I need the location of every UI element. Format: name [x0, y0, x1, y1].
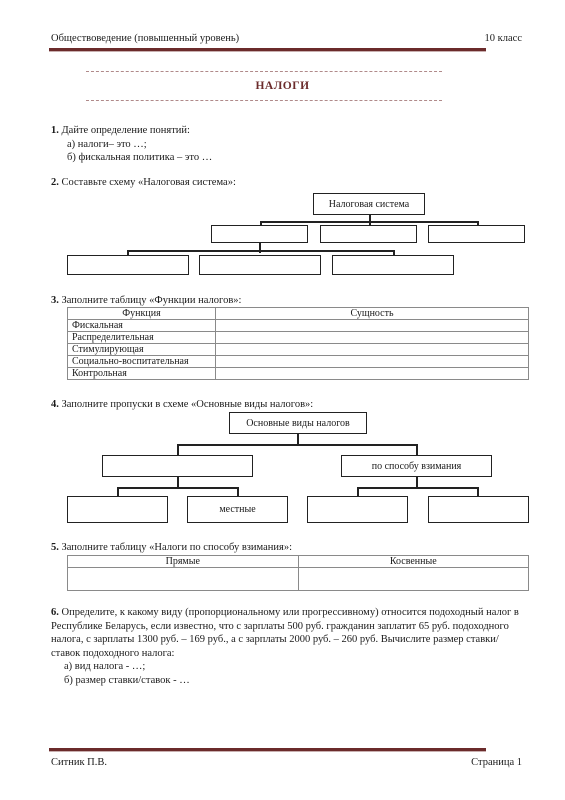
connector: [117, 487, 238, 489]
question-2-number: 2.: [51, 177, 59, 188]
function-name: Распределительная: [68, 332, 216, 344]
connector: [127, 250, 394, 252]
title-rule-bottom: [86, 100, 442, 101]
question-1-item-a: а) налоги– это …;: [67, 138, 147, 152]
table-row: Контрольная: [68, 368, 529, 380]
connector: [357, 487, 478, 489]
question-4-text: Заполните пропуски в схеме «Основные вид…: [59, 399, 313, 410]
question-1-number: 1.: [51, 125, 59, 136]
question-6-number: 6.: [51, 607, 59, 618]
table-header-row: Функция Сущность: [68, 308, 529, 320]
diagram-level1-box-1[interactable]: [211, 225, 308, 243]
column-header-direct: Прямые: [68, 556, 299, 568]
table-row: Распределительная: [68, 332, 529, 344]
table-row: [68, 568, 529, 591]
diagram-root-box: Основные виды налогов: [229, 412, 367, 434]
question-5-number: 5.: [51, 542, 59, 553]
direct-cell[interactable]: [68, 568, 299, 591]
table-row: Социально-воспитательная: [68, 356, 529, 368]
footer-divider: [49, 748, 486, 752]
indirect-cell[interactable]: [298, 568, 529, 591]
question-3: 3. Заполните таблицу «Функции налогов»:: [51, 294, 241, 308]
footer-page-number: Страница 1: [471, 757, 522, 768]
essence-cell[interactable]: [216, 344, 529, 356]
column-header-function: Функция: [68, 308, 216, 320]
table-header-row: Прямые Косвенные: [68, 556, 529, 568]
question-6-text: Определите, к какому виду (пропорциональ…: [51, 607, 519, 659]
essence-cell[interactable]: [216, 332, 529, 344]
diagram-left-branch-box[interactable]: [102, 455, 253, 477]
diagram-right-leaf-1[interactable]: [307, 496, 408, 523]
table-row: Фискальная: [68, 320, 529, 332]
column-header-essence: Сущность: [216, 308, 529, 320]
title-rule-top: [86, 71, 442, 72]
diagram-right-branch-box: по способу взимания: [341, 455, 492, 477]
question-2: 2. Составьте схему «Налоговая система»:: [51, 176, 236, 190]
question-2-text: Составьте схему «Налоговая система»:: [59, 177, 236, 188]
diagram-left-leaf-2: местные: [187, 496, 288, 523]
question-3-text: Заполните таблицу «Функции налогов»:: [59, 295, 242, 306]
function-name: Фискальная: [68, 320, 216, 332]
function-name: Социально-воспитательная: [68, 356, 216, 368]
question-5-text: Заполните таблицу «Налоги по способу взи…: [59, 542, 292, 553]
footer-author: Ситник П.В.: [51, 757, 107, 768]
diagram-level1-box-3[interactable]: [428, 225, 525, 243]
column-header-indirect: Косвенные: [298, 556, 529, 568]
tax-functions-table: Функция Сущность Фискальная Распределите…: [67, 307, 529, 380]
essence-cell[interactable]: [216, 356, 529, 368]
header-subject: Обществоведение (повышенный уровень): [51, 33, 239, 44]
connector: [177, 444, 417, 446]
diagram-level2-box-2[interactable]: [199, 255, 321, 275]
header-divider: [49, 48, 486, 52]
page-title: НАЛОГИ: [0, 80, 565, 92]
question-6: 6. Определите, к какому виду (пропорцион…: [51, 606, 521, 687]
function-name: Стимулирующая: [68, 344, 216, 356]
question-4-number: 4.: [51, 399, 59, 410]
question-5: 5. Заполните таблицу «Налоги по способу …: [51, 541, 292, 555]
collection-method-table: Прямые Косвенные: [67, 555, 529, 591]
table-row: Стимулирующая: [68, 344, 529, 356]
diagram-root-box: Налоговая система: [313, 193, 425, 215]
essence-cell[interactable]: [216, 320, 529, 332]
question-4: 4. Заполните пропуски в схеме «Основные …: [51, 398, 313, 412]
diagram-level2-box-1[interactable]: [67, 255, 189, 275]
diagram-level2-box-3[interactable]: [332, 255, 454, 275]
connector: [259, 243, 261, 253]
question-6-item-a: а) вид налога - …;: [51, 660, 521, 674]
diagram-left-leaf-1[interactable]: [67, 496, 168, 523]
header-grade: 10 класс: [485, 33, 522, 44]
function-name: Контрольная: [68, 368, 216, 380]
essence-cell[interactable]: [216, 368, 529, 380]
diagram-level1-box-2[interactable]: [320, 225, 417, 243]
question-1-text: Дайте определение понятий:: [59, 125, 190, 136]
diagram-right-leaf-2[interactable]: [428, 496, 529, 523]
question-6-item-b: б) размер ставки/ставок - …: [51, 674, 521, 688]
question-1: 1. Дайте определение понятий:: [51, 124, 190, 138]
question-3-number: 3.: [51, 295, 59, 306]
question-1-item-b: б) фискальная политика – это …: [67, 151, 212, 165]
